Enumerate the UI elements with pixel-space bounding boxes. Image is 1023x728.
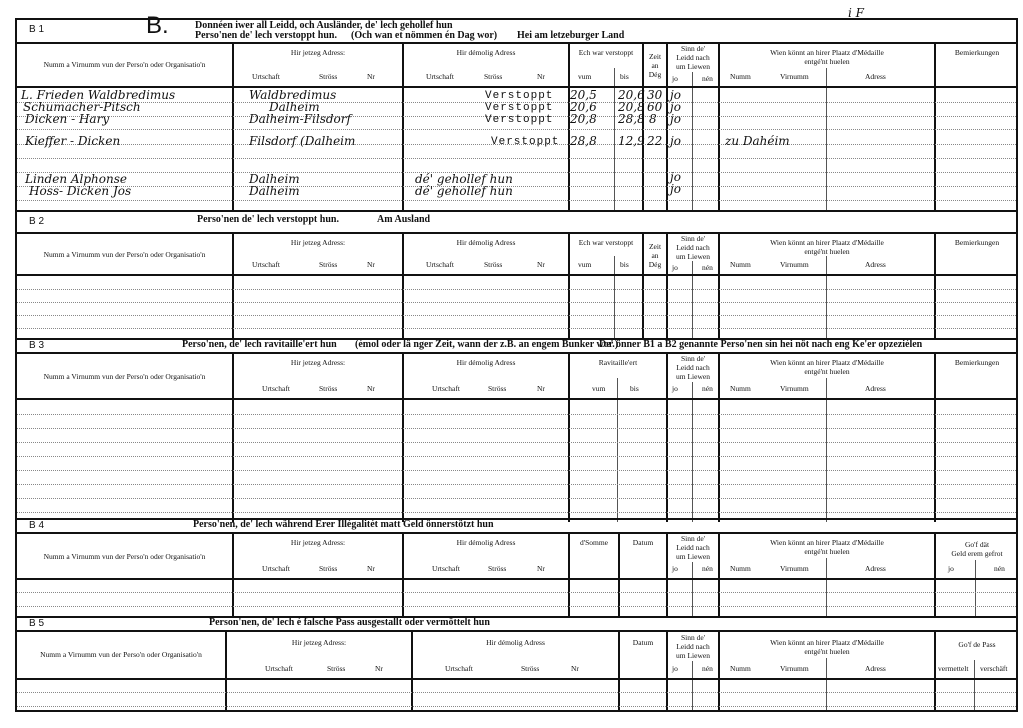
- column-headers: Numm a Virnumm vun der Perso'n oder Orga…: [17, 234, 1016, 276]
- label-to: bis: [630, 384, 639, 393]
- label-medal-1: Wien könnt an hirer Plaatz d'Médaille: [720, 538, 934, 547]
- section-b4: B 4 Perso'nen, de' lech während Erer Ill…: [15, 518, 1018, 616]
- section-code: B 4: [29, 520, 44, 531]
- label-current-address: Hir jetzeg Adress:: [234, 238, 402, 247]
- section-region: Hei am letzeburger Land: [517, 30, 624, 41]
- label-days: Dég: [644, 70, 666, 79]
- label-medal-2: entgé'nt huelen: [720, 367, 934, 376]
- label-medal-firstname: Virnumm: [780, 260, 809, 269]
- row-days: 22: [647, 134, 662, 148]
- label-place: Urtschaft: [252, 260, 280, 269]
- label-number: Nr: [537, 72, 545, 81]
- label-street: Ströss: [488, 564, 506, 573]
- label-name: Numm a Virnumm vun der Perso'n oder Orga…: [17, 60, 232, 69]
- col-hidden: Ech war verstoppt vum bis: [568, 44, 642, 86]
- label-no: nén: [702, 263, 713, 272]
- label-number: Nr: [367, 260, 375, 269]
- label-time: Zeit: [644, 52, 666, 61]
- label-no: nén: [994, 564, 1005, 573]
- label-street: Ströss: [319, 260, 337, 269]
- label-alive-1: Sinn de': [668, 354, 718, 363]
- section-code: B 1: [29, 24, 44, 35]
- column-headers: Numm a Virnumm vun der Perso'n oder Orga…: [17, 354, 1016, 400]
- label-name: Numm a Virnumm vun der Perso'n oder Orga…: [17, 552, 232, 561]
- label-yes: jo: [672, 564, 678, 573]
- row-from: 28,8: [570, 134, 597, 148]
- label-medal-name: Numm: [730, 384, 751, 393]
- label-street: Ströss: [484, 260, 502, 269]
- col-remarks: Bemierkungen: [934, 44, 1018, 86]
- label-number: Nr: [367, 384, 375, 393]
- label-supplied: Ravitaille'ert: [570, 358, 666, 367]
- label-name: Numm a Virnumm vun der Perso'n oder Orga…: [17, 250, 232, 259]
- label-medal-name: Numm: [730, 564, 751, 573]
- row-status: Verstoppt: [485, 114, 553, 126]
- divider: [614, 68, 615, 86]
- label-date: Datum: [620, 538, 666, 547]
- label-place: Urtschaft: [252, 72, 280, 81]
- label-medal-address: Adress: [865, 664, 886, 673]
- label-medal-1: Wien könnt an hirer Plaatz d'Médaille: [720, 48, 934, 57]
- row-place: Dalheim: [249, 184, 300, 198]
- label-street: Ströss: [319, 72, 337, 81]
- label-yes: jo: [672, 263, 678, 272]
- row-place: Dalheim-Filsdorf: [249, 112, 351, 126]
- section-b1: B 1 Donnéen iwer all Leidd, och Auslände…: [15, 18, 1018, 210]
- row-to: 28,8: [618, 112, 645, 126]
- label-street: Ströss: [488, 384, 506, 393]
- section-title-note: (Och wan et nömmen én Dag wor): [351, 30, 497, 41]
- label-no: nén: [702, 384, 713, 393]
- section-instruction: De' önner B1 a B2 genannte Perso'nen sin…: [599, 339, 922, 350]
- section-region: Am Ausland: [377, 214, 430, 225]
- label-current-address: Hir jetzeg Adress:: [234, 48, 402, 57]
- section-code: B 2: [29, 216, 44, 227]
- section-b2: B 2 Perso'nen de' lech verstoppt hun. Am…: [15, 210, 1018, 338]
- label-yes: jo: [672, 74, 678, 83]
- label-time: Zeit: [644, 242, 666, 251]
- label-number: Nr: [375, 664, 383, 673]
- row-alive-yes: jo: [670, 134, 681, 148]
- label-name: Numm a Virnumm vun der Perso'n oder Orga…: [17, 650, 225, 659]
- label-former-address: Hir démolig Adress: [404, 538, 568, 547]
- label-place: Urtschaft: [262, 384, 290, 393]
- col-former-address: Hir démolig Adress Urtschaft Ströss Nr: [402, 44, 568, 86]
- label-alive-3: um Liewen: [668, 372, 718, 381]
- label-medal-firstname: Virnumm: [780, 664, 809, 673]
- label-yes: jo: [672, 664, 678, 673]
- divider: [692, 72, 693, 86]
- section-title: Perso'nen, de' lech während Erer Illégal…: [193, 519, 494, 530]
- row-status: Verstoppt: [485, 90, 553, 102]
- section-code: B 5: [29, 618, 44, 629]
- label-street: Ströss: [484, 72, 502, 81]
- label-street: Ströss: [319, 564, 337, 573]
- label-alive-3: um Liewen: [668, 62, 718, 71]
- label-name: Numm a Virnumm vun der Perso'n oder Orga…: [17, 372, 232, 381]
- label-medal-name: Numm: [730, 664, 751, 673]
- row-days: 8: [649, 112, 657, 126]
- label-remarks: Bemierkungen: [936, 358, 1018, 367]
- column-headers: Numm a Virnumm vun der Perso'n oder Orga…: [17, 534, 1016, 580]
- label-place: Urtschaft: [426, 72, 454, 81]
- label-pass-procured: verschäft: [980, 664, 1007, 673]
- label-alive-1: Sinn de': [668, 44, 718, 53]
- label-an: an: [644, 251, 666, 260]
- section-b3-header: B 3 Perso'nen, de' lech ravitaille'ert h…: [17, 340, 1016, 354]
- column-headers: Numm a Virnumm vun der Perso'n oder Orga…: [17, 632, 1016, 680]
- section-b1-header: B 1 Donnéen iwer all Leidd, och Auslände…: [17, 20, 1016, 44]
- section-code: B 3: [29, 340, 44, 351]
- label-number: Nr: [537, 564, 545, 573]
- label-place: Urtschaft: [262, 564, 290, 573]
- row-name: Hoss- Dicken Jos: [29, 184, 131, 198]
- label-alive-3: um Liewen: [668, 252, 718, 261]
- label-medal-2: entgé'nt huelen: [720, 247, 934, 256]
- row-alive-yes: jo: [670, 182, 681, 196]
- label-current-address: Hir jetzeg Adress:: [234, 358, 402, 367]
- label-alive-3: um Liewen: [668, 552, 718, 561]
- label-former-address: Hir démolig Adress: [404, 48, 568, 57]
- label-place: Urtschaft: [265, 664, 293, 673]
- row-name: Dicken - Hary: [25, 112, 109, 126]
- label-no: nén: [702, 664, 713, 673]
- label-medal-address: Adress: [865, 260, 886, 269]
- label-medal-firstname: Virnumm: [780, 564, 809, 573]
- label-medal-2: entgé'nt huelen: [720, 547, 934, 556]
- label-from: vum: [578, 72, 591, 81]
- section-b2-header: B 2 Perso'nen de' lech verstoppt hun. Am…: [17, 212, 1016, 234]
- section-b3: B 3 Perso'nen, de' lech ravitaille'ert h…: [15, 338, 1018, 518]
- section-b5-header: B 5 Person'nen, de' lech é falsche Pass …: [17, 618, 1016, 632]
- row-to: 12,9: [618, 134, 645, 148]
- label-yes: jo: [672, 384, 678, 393]
- label-former-address: Hir démolig Adress: [413, 638, 618, 647]
- label-medal-address: Adress: [865, 564, 886, 573]
- label-remarks: Bemierkungen: [936, 238, 1018, 247]
- label-money-gift-2: Geld erem gefrot: [936, 549, 1018, 558]
- label-from: vum: [578, 260, 591, 269]
- label-alive-2: Leidd nach: [668, 543, 718, 552]
- label-street: Ströss: [327, 664, 345, 673]
- form-page: B. i F B 1 Donnéen iwer all Leidd, och A…: [0, 0, 1023, 728]
- label-no: nén: [702, 564, 713, 573]
- label-to: bis: [620, 72, 629, 81]
- row-place: Filsdorf (Dalheim: [249, 134, 355, 148]
- label-place: Urtschaft: [432, 384, 460, 393]
- label-number: Nr: [571, 664, 579, 673]
- label-money-gift-1: Go'f dät: [936, 540, 1018, 549]
- label-days: Dég: [644, 260, 666, 269]
- label-medal-2: entgé'nt huelen: [720, 57, 934, 66]
- section-title: Perso'nen de' lech verstoppt hun.: [197, 214, 339, 225]
- label-place: Urtschaft: [445, 664, 473, 673]
- label-medal-2: entgé'nt huelen: [720, 647, 934, 656]
- label-alive-2: Leidd nach: [668, 53, 718, 62]
- label-medal-1: Wien könnt an hirer Plaatz d'Médaille: [720, 238, 934, 247]
- label-alive-3: um Liewen: [668, 651, 718, 660]
- label-number: Nr: [537, 384, 545, 393]
- section-title: Perso'nen, de' lech ravitaille'ert hun: [182, 339, 337, 350]
- row-status: dé' gehollef hun: [415, 184, 513, 198]
- row-medal-name: zu Dahéim: [725, 134, 790, 148]
- b2-rows: [17, 276, 1016, 340]
- col-days: Zeit an Dég: [642, 44, 666, 86]
- b1-rows: L. Frieden Waldbredimus Waldbredimus Ver…: [17, 88, 1016, 212]
- label-former-address: Hir démolig Adress: [404, 238, 568, 247]
- row-from: 20,8: [570, 112, 597, 126]
- label-date: Datum: [620, 638, 666, 647]
- label-number: Nr: [537, 260, 545, 269]
- label-alive-2: Leidd nach: [668, 243, 718, 252]
- label-medal-name: Numm: [730, 72, 751, 81]
- label-pass-gift: Go'f de Pass: [936, 640, 1018, 649]
- col-current-address: Hir jetzeg Adress: Urtschaft Ströss Nr: [232, 44, 402, 86]
- label-medal-firstname: Virnumm: [780, 72, 809, 81]
- label-remarks: Bemierkungen: [936, 48, 1018, 57]
- label-alive-1: Sinn de': [668, 234, 718, 243]
- label-medal-firstname: Virnumm: [780, 384, 809, 393]
- b5-rows: [17, 680, 1016, 710]
- label-current-address: Hir jetzeg Adress:: [234, 538, 402, 547]
- label-hidden: Ech war verstoppt: [570, 238, 642, 247]
- label-alive-2: Leidd nach: [668, 363, 718, 372]
- label-medal-1: Wien könnt an hirer Plaatz d'Médaille: [720, 638, 934, 647]
- label-sum: d'Somme: [570, 538, 618, 547]
- label-place: Urtschaft: [432, 564, 460, 573]
- label-yes: jo: [948, 564, 954, 573]
- label-alive-2: Leidd nach: [668, 642, 718, 651]
- divider: [826, 68, 827, 86]
- b3-rows: [17, 400, 1016, 522]
- label-current-address: Hir jetzeg Adress:: [227, 638, 411, 647]
- row-name: Kieffer - Dicken: [25, 134, 120, 148]
- section-title: Perso'nen de' lech verstoppt hun.: [195, 30, 337, 41]
- label-from: vum: [592, 384, 605, 393]
- label-street: Ströss: [521, 664, 539, 673]
- label-to: bis: [620, 260, 629, 269]
- label-place: Urtschaft: [426, 260, 454, 269]
- column-headers: Numm a Virnumm vun der Perso'n oder Orga…: [17, 44, 1016, 88]
- row-alive-yes: jo: [670, 112, 681, 126]
- label-medal-1: Wien könnt an hirer Plaatz d'Médaille: [720, 358, 934, 367]
- row-status: Verstoppt: [491, 136, 559, 148]
- b4-rows: [17, 580, 1016, 618]
- label-hidden: Ech war verstoppt: [570, 48, 642, 57]
- section-title-note: (émol oder lä nger Zeit, wann der z.B. a…: [355, 339, 618, 350]
- label-medal-address: Adress: [865, 384, 886, 393]
- label-alive-1: Sinn de': [668, 633, 718, 642]
- section-title: Person'nen, de' lech é falsche Pass ausg…: [209, 617, 490, 628]
- label-no: nén: [702, 74, 713, 83]
- label-alive-1: Sinn de': [668, 534, 718, 543]
- label-street: Ströss: [319, 384, 337, 393]
- section-b4-header: B 4 Perso'nen, de' lech während Erer Ill…: [17, 520, 1016, 534]
- label-an: an: [644, 61, 666, 70]
- label-pass-mediated: vermettelt: [938, 664, 968, 673]
- label-former-address: Hir démolig Adress: [404, 358, 568, 367]
- label-number: Nr: [367, 72, 375, 81]
- label-medal-name: Numm: [730, 260, 751, 269]
- label-medal-address: Adress: [865, 72, 886, 81]
- row-status: Verstoppt: [485, 102, 553, 114]
- section-b5: B 5 Person'nen, de' lech é falsche Pass …: [15, 616, 1018, 712]
- label-number: Nr: [367, 564, 375, 573]
